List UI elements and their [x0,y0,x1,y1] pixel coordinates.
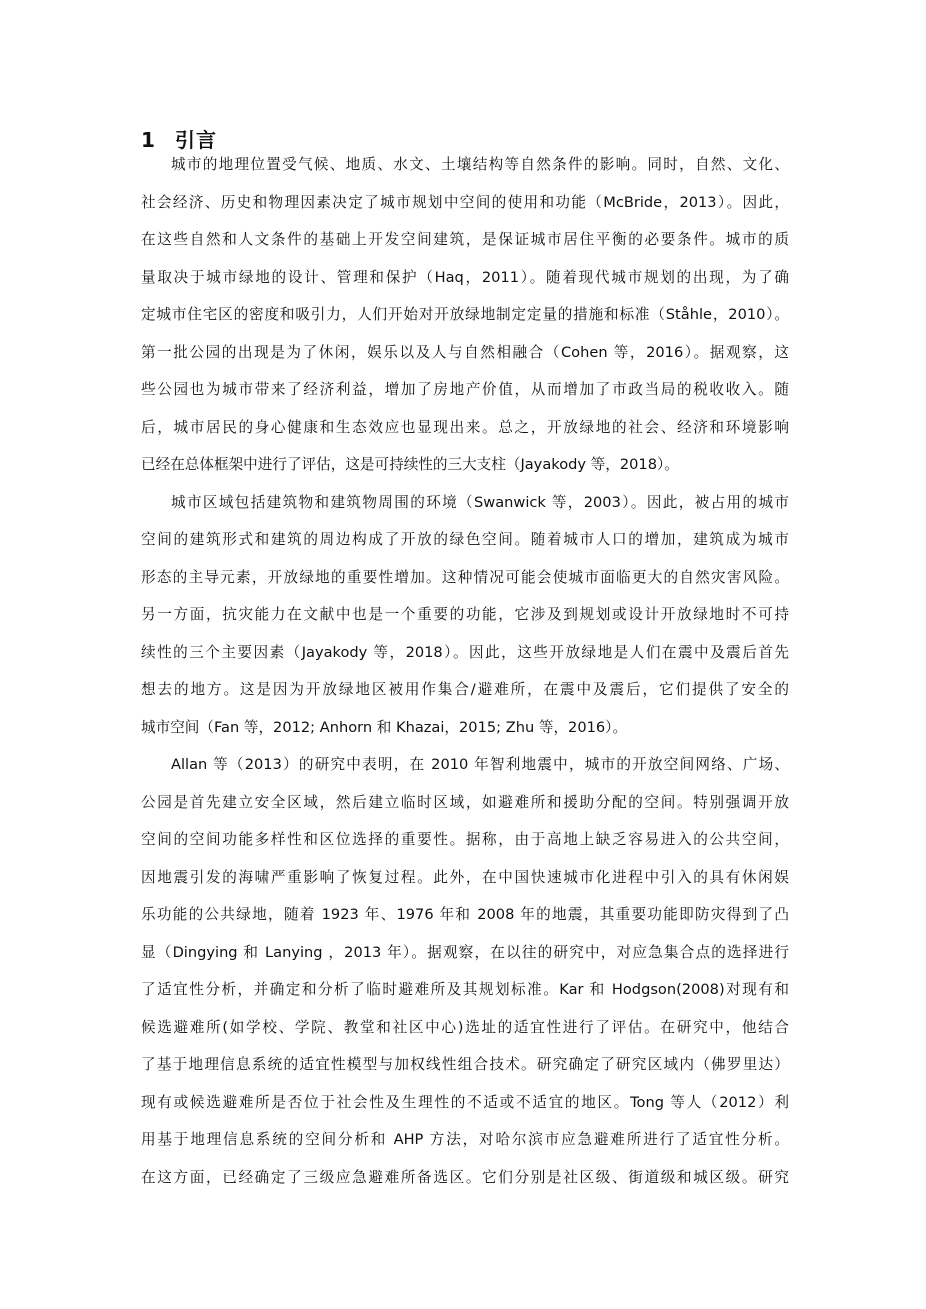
body-text: 城市的地理位置受气候、地质、水文、土壤结构等自然条件的影响。同时，自然、文化、 … [141,146,789,1196]
text-line: 城市空间（Fan 等，2012; Anhorn 和 Khazai，2015; Z… [141,709,789,747]
text-line: 城市区域包括建筑物和建筑物周围的环境（Swanwick 等，2003）。因此，被… [141,484,789,522]
text-line: 想去的地方。这是因为开放绿地区被用作集合/避难所，在震中及震后，它们提供了安全的 [141,671,789,709]
text-line: 显（Dingying 和 Lanying ，2013 年）。据观察，在以往的研究… [141,934,789,972]
text-line: 公园是首先建立安全区域，然后建立临时区域，如避难所和援助分配的空间。特别强调开放 [141,784,789,822]
text-line: 形态的主导元素，开放绿地的重要性增加。这种情况可能会使城市面临更大的自然灾害风险… [141,559,789,597]
text-line: 了基于地理信息系统的适宜性模型与加权线性组合技术。研究确定了研究区域内（佛罗里达… [141,1046,789,1084]
text-line: 在这方面，已经确定了三级应急避难所备选区。它们分别是社区级、街道级和城区级。研究 [141,1159,789,1197]
text-line: 用基于地理信息系统的空间分析和 AHP 方法，对哈尔滨市应急避难所进行了适宜性分… [141,1121,789,1159]
text-line: 量取决于城市绿地的设计、管理和保护（Haq，2011）。随着现代城市规划的出现，… [141,259,789,297]
text-line: 因地震引发的海啸严重影响了恢复过程。此外，在中国快速城市化进程中引入的具有休闲娱 [141,859,789,897]
paragraph-3: Allan 等（2013）的研究中表明，在 2010 年智利地震中，城市的开放空… [141,746,789,1196]
paragraph-2: 城市区域包括建筑物和建筑物周围的环境（Swanwick 等，2003）。因此，被… [141,484,789,747]
text-line: 现有或候选避难所是否位于社会性及生理性的不适或不适宜的地区。Tong 等人（20… [141,1084,789,1122]
text-line: 续性的三个主要因素（Jayakody 等，2018）。因此，这些开放绿地是人们在… [141,634,789,672]
text-line: 城市的地理位置受气候、地质、水文、土壤结构等自然条件的影响。同时，自然、文化、 [141,146,789,184]
text-line: 了适宜性分析，并确定和分析了临时避难所及其规划标准。Kar 和 Hodgson(… [141,971,789,1009]
text-line: 已经在总体框架中进行了评估，这是可持续性的三大支柱（Jayakody 等，201… [141,446,789,484]
text-line: 社会经济、历史和物理因素决定了城市规划中空间的使用和功能（McBride，201… [141,184,789,222]
text-line: Allan 等（2013）的研究中表明，在 2010 年智利地震中，城市的开放空… [141,746,789,784]
text-line: 候选避难所(如学校、学院、教堂和社区中心)选址的适宜性进行了评估。在研究中，他结… [141,1009,789,1047]
text-line: 第一批公园的出现是为了休闲，娱乐以及人与自然相融合（Cohen 等，2016）。… [141,334,789,372]
text-line: 些公园也为城市带来了经济利益，增加了房地产价值，从而增加了市政当局的税收收入。随 [141,371,789,409]
text-line: 乐功能的公共绿地，随着 1923 年、1976 年和 2008 年的地震，其重要… [141,896,789,934]
text-line: 定城市住宅区的密度和吸引力，人们开始对开放绿地制定定量的措施和标准（Ståhle… [141,296,789,334]
paragraph-1: 城市的地理位置受气候、地质、水文、土壤结构等自然条件的影响。同时，自然、文化、 … [141,146,789,484]
text-line: 空间的建筑形式和建筑的周边构成了开放的绿色空间。随着城市人口的增加，建筑成为城市 [141,521,789,559]
text-line: 空间的空间功能多样性和区位选择的重要性。据称，由于高地上缺乏容易进入的公共空间， [141,821,789,859]
text-line: 后，城市居民的身心健康和生态效应也显现出来。总之，开放绿地的社会、经济和环境影响 [141,409,789,447]
text-line: 另一方面，抗灾能力在文献中也是一个重要的功能，它涉及到规划或设计开放绿地时不可持 [141,596,789,634]
text-line: 在这些自然和人文条件的基础上开发空间建筑，是保证城市居住平衡的必要条件。城市的质 [141,221,789,259]
